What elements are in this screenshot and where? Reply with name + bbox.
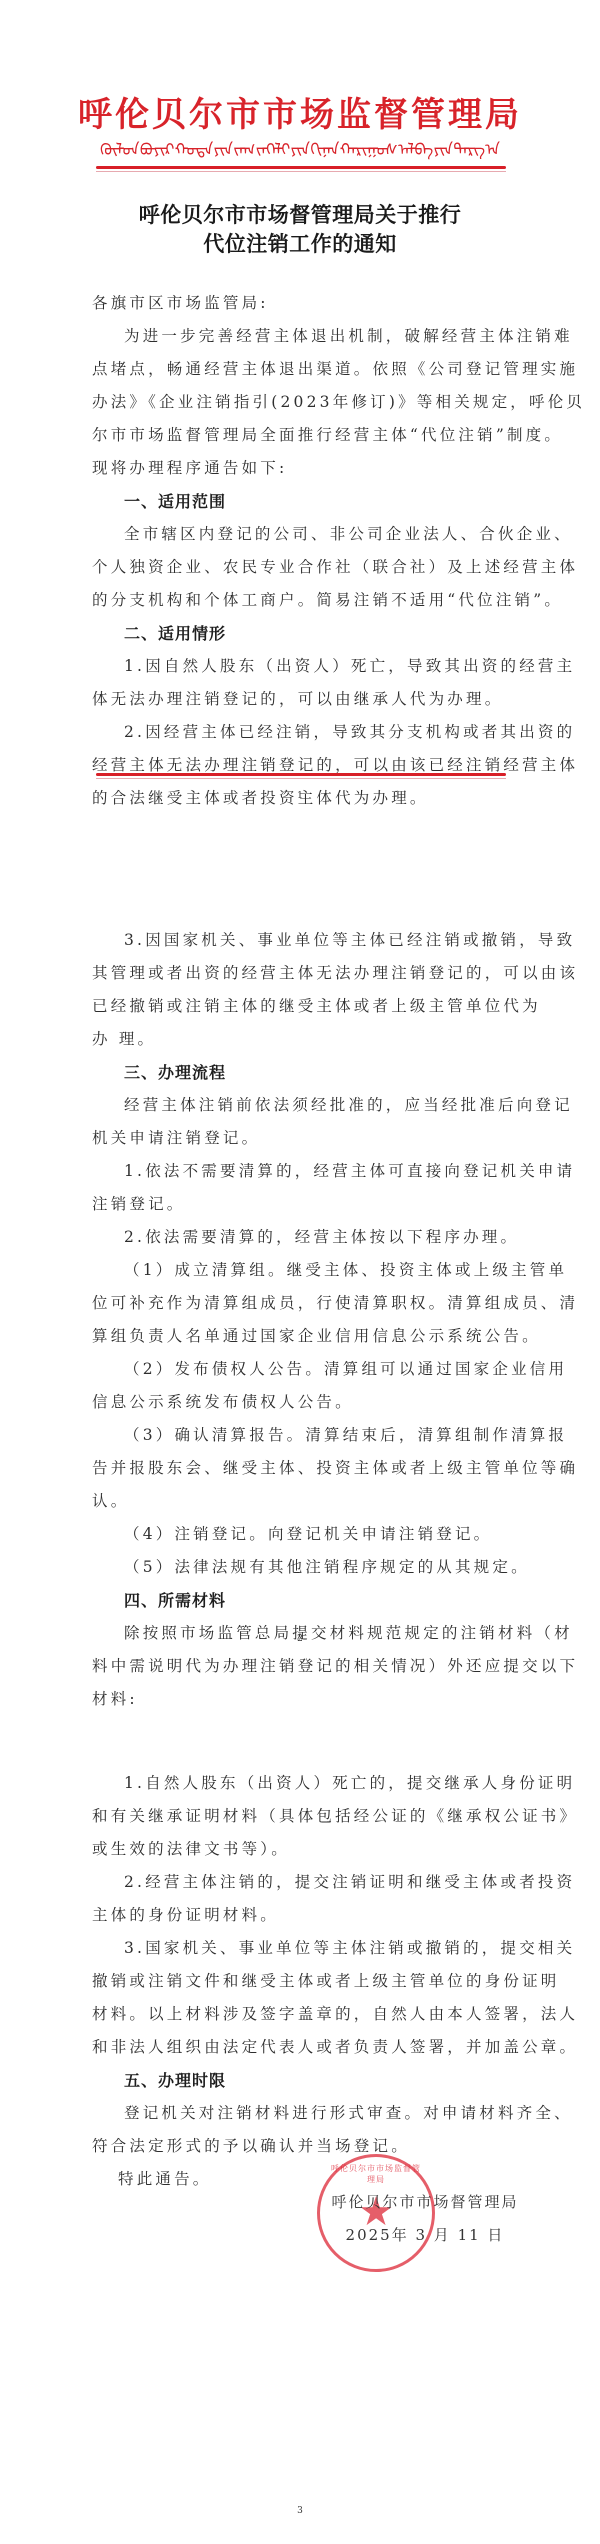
section-heading-scope: 一、适用范围: [92, 485, 512, 518]
mongolian-word: ᠶᠢᠨ: [214, 139, 233, 161]
letterhead: 呼伦贝尔市市场监督管理局 ᠬᠥᠯᠦᠨ ᠪᠤᠶᠢᠷ ᠬᠣᠲᠠ ᠶᠢᠨ ᠵᠠᠬ ᠵᠡ…: [0, 95, 600, 161]
mongolian-word: ᠶᠢᠨ: [434, 139, 453, 161]
process-line: （2）发布债权人公告。清算组可以通过国家企业信用: [92, 1353, 512, 1386]
intro-line: 为进一步完善经营主体退出机制，破解经营主体注销难: [92, 320, 512, 353]
intro-line: 现将办理程序通告如下:: [92, 452, 512, 485]
section-heading-situations: 二、适用情形: [92, 617, 512, 650]
process-line: （5）法律法规有其他注销程序规定的从其规定。: [92, 1551, 512, 1584]
situation-line: 其管理或者出资的经营主体无法办理注销登记的，可以由该: [92, 957, 512, 990]
mongolian-word: ᠬᠥᠯᠦᠨ: [100, 139, 139, 161]
situation-line: 已经撤销或注销主体的继受主体或者上级主管单位代为: [92, 990, 512, 1023]
signature-date: 2025年 3 月 11 日: [325, 2219, 525, 2252]
situation-line: 办 理。: [92, 1023, 512, 1056]
time-limit-line: 符合法定形式的予以确认并当场登记。: [92, 2130, 512, 2163]
mongolian-word: ᠠᠯᠪᠠ: [398, 139, 433, 161]
page2-block: 3.因国家机关、事业单位等主体已经注销或撤销，导致 其管理或者出资的经营主体无法…: [92, 924, 512, 1716]
section-heading-process: 三、办理流程: [92, 1056, 512, 1089]
letterhead-org-name: 呼伦贝尔市市场监督管理局: [0, 95, 600, 135]
intro-block: 各旗市区市场监管局: 为进一步完善经营主体退出机制，破解经营主体注销难 点堵点，…: [92, 287, 512, 815]
process-line: 经营主体注销前依法须经批准的，应当经批准后向登记: [92, 1089, 512, 1122]
mongolian-word: ᠪᠤᠶᠢᠷ: [140, 139, 175, 161]
materials-line: 或生效的法律文书等）。: [92, 1833, 512, 1866]
process-line: 注销登记。: [92, 1188, 512, 1221]
letterhead-red-rule: [96, 166, 506, 172]
materials-line: 撤销或注销文件和继受主体或者上级主管单位的身份证明: [92, 1965, 512, 1998]
materials-intro-line: 材料:: [92, 1683, 512, 1716]
process-line: 算组负责人名单通过国家企业信用信息公示系统公告。: [92, 1320, 512, 1353]
page-number-2: 2: [0, 1634, 600, 1644]
mongolian-word: ᠳᠠᠷᠭ᠎ᠠ: [453, 139, 500, 161]
process-line: 认。: [92, 1485, 512, 1518]
materials-intro-line: 料中需说明代为办理注销登记的相关情况）外还应提交以下: [92, 1650, 512, 1683]
scope-line: 个人独资企业、农民专业合作社（联合社）及上述经营主体: [92, 551, 512, 584]
signature-org: 呼伦贝尔市市场督管理局: [325, 2186, 525, 2219]
section-heading-materials: 四、所需材料: [92, 1584, 512, 1617]
mongolian-word: ᠵᠡᠭᠡᠯᠢ: [256, 139, 291, 161]
process-line: 1.依法不需要清算的，经营主体可直接向登记机关申请: [92, 1155, 512, 1188]
intro-line: 点堵点，畅通经营主体退出渠道。依照《公司登记管理实施: [92, 353, 512, 386]
process-line: （1）成立清算组。继受主体、投资主体或上级主管单: [92, 1254, 512, 1287]
situation-line: 体无法办理注销登记的，可以由继承人代为办理。: [92, 683, 512, 716]
time-limit-line: 登记机关对注销材料进行形式审查。对申请材料齐全、: [92, 2097, 512, 2130]
mongolian-word: ᠶᠢᠨ: [291, 139, 310, 161]
letterhead-mongolian-script: ᠬᠥᠯᠦᠨ ᠪᠤᠶᠢᠷ ᠬᠣᠲᠠ ᠶᠢᠨ ᠵᠠᠬ ᠵᠡᠭᠡᠯᠢ ᠶᠢᠨ ᠬᠢᠨᠠ…: [100, 139, 500, 161]
materials-line: 1.自然人股东（出资人）死亡的，提交继承人身份证明: [92, 1767, 512, 1800]
process-line: 告并报股东会、继受主体、投资主体或者上级主管单位等确: [92, 1452, 512, 1485]
process-line: （3）确认清算报告。清算结束后，清算组制作清算报: [92, 1419, 512, 1452]
intro-line: 尔市市场监督管理局全面推行经营主体“代位注销”制度。: [92, 419, 512, 452]
process-line: 信息公示系统发布债权人公告。: [92, 1386, 512, 1419]
mongolian-word: ᠵᠠᠬ: [233, 139, 255, 161]
process-line: 2.依法需要清算的，经营主体按以下程序办理。: [92, 1221, 512, 1254]
mongolian-word: ᠬᠢᠨᠠᠨ: [310, 139, 339, 161]
process-line: （4）注销登记。向登记机关申请注销登记。: [92, 1518, 512, 1551]
mongolian-word: ᠬᠣᠲᠠ: [175, 139, 213, 161]
materials-line: 3.国家机关、事业单位等主体注销或撤销的，提交相关: [92, 1932, 512, 1965]
signature-block: 呼伦贝尔市市场督管理局 2025年 3 月 11 日: [325, 2186, 525, 2252]
materials-line: 主体的身份证明材料。: [92, 1899, 512, 1932]
process-line: 位可补充作为清算组成员，行使清算职权。清算组成员、清: [92, 1287, 512, 1320]
page3-block: 1.自然人股东（出资人）死亡的，提交继承人身份证明 和有关继承证明材料（具体包括…: [92, 1767, 512, 2196]
section-heading-time-limit: 五、办理时限: [92, 2064, 512, 2097]
materials-line: 和非法人组织由法定代表人或者负责人签署，并加盖公章。: [92, 2031, 512, 2064]
document-title: 呼伦贝尔市市场督管理局关于推行 代位注销工作的通知: [0, 200, 600, 258]
situation-line: 3.因国家机关、事业单位等主体已经注销或撤销，导致: [92, 924, 512, 957]
situation-line: 2.因经营主体已经注销，导致其分支机构或者其出资的: [92, 716, 512, 749]
page-number-1: 1: [0, 791, 600, 801]
salutation: 各旗市区市场监管局:: [92, 287, 512, 320]
title-line-1: 呼伦贝尔市市场督管理局关于推行: [0, 200, 600, 229]
page-footer-red-rule: [96, 773, 506, 779]
materials-line: 材料。以上材料涉及签字盖章的，自然人由本人签署，法人: [92, 1998, 512, 2031]
process-line: 机关申请注销登记。: [92, 1122, 512, 1155]
page-number-3: 3: [0, 2506, 600, 2516]
title-line-2: 代位注销工作的通知: [0, 229, 600, 258]
seal-ring-text: 呼伦贝尔市市场监督管理局: [328, 2163, 424, 2185]
intro-line: 办法》《企业注销指引(2023年修订)》等相关规定，呼伦贝: [92, 386, 512, 419]
materials-line: 2.经营主体注销的，提交注销证明和继受主体或者投资: [92, 1866, 512, 1899]
scope-line: 的分支机构和个体工商户。简易注销不适用“代位注销”。: [92, 584, 512, 617]
materials-line: 和有关继承证明材料（具体包括经公证的《继承权公证书》: [92, 1800, 512, 1833]
mongolian-word: ᠬᠠᠷᠢᠭᠤᠰ: [340, 139, 398, 161]
scope-line: 全市辖区内登记的公司、非公司企业法人、合伙企业、: [92, 518, 512, 551]
situation-line: 1.因自然人股东（出资人）死亡，导致其出资的经营主: [92, 650, 512, 683]
